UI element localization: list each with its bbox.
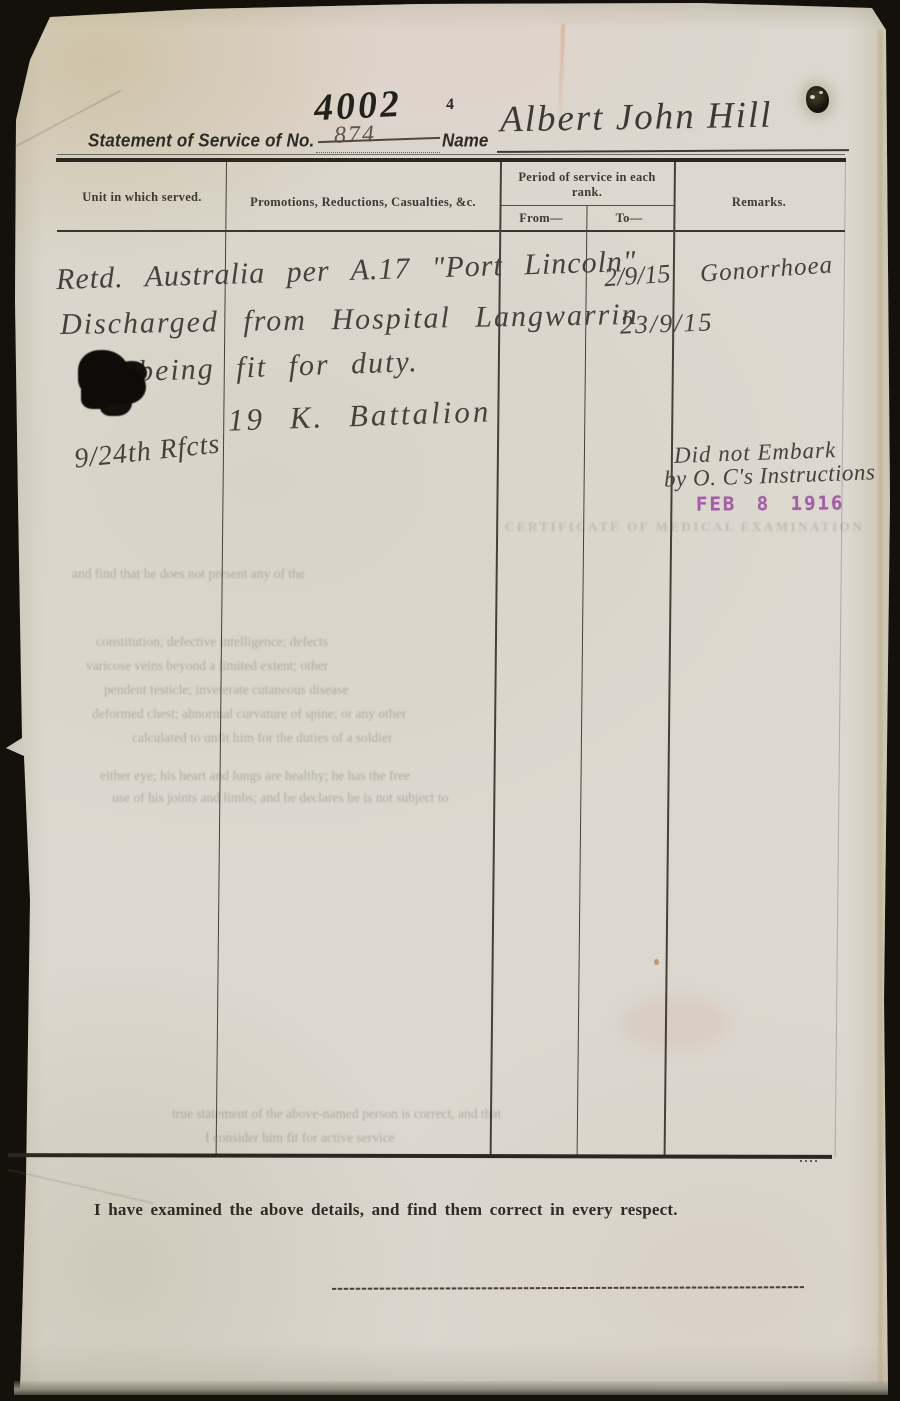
statement-of-service-label: Statement of Service of No. bbox=[88, 130, 314, 151]
number-underline bbox=[316, 152, 440, 153]
column-divider bbox=[835, 162, 847, 1157]
bottom-shadow-band bbox=[14, 1381, 888, 1395]
punch-hole bbox=[806, 86, 829, 113]
hole-speck bbox=[810, 95, 815, 99]
form-number: 4 bbox=[446, 96, 454, 114]
table-top-rule-thin bbox=[57, 154, 845, 155]
tally-dots bbox=[800, 1160, 817, 1162]
name-value-handwritten: Albert John Hill bbox=[500, 94, 773, 142]
entry-discharged-date: 23/9/15 bbox=[620, 307, 714, 340]
column-divider bbox=[577, 206, 588, 1157]
column-header-unit: Unit in which served. bbox=[57, 190, 227, 205]
name-label: Name bbox=[442, 130, 488, 151]
scanned-document-page: { "header": { "service_number_new": "400… bbox=[0, 0, 900, 1401]
column-header-remarks: Remarks. bbox=[676, 195, 842, 210]
date-stamp: FEB 8 1916 bbox=[696, 492, 845, 515]
column-header-to: To— bbox=[594, 211, 664, 226]
hole-speck bbox=[819, 91, 823, 94]
ink-blot bbox=[64, 344, 144, 414]
column-header-period: Period of service in each rank. bbox=[504, 170, 670, 200]
column-header-promotions: Promotions, Reductions, Casualties, &c. bbox=[232, 195, 494, 210]
entry-returned-date: 2/9/15 bbox=[603, 259, 671, 294]
ink-blot-core bbox=[78, 350, 130, 398]
column-header-from: From— bbox=[506, 211, 576, 226]
struck-service-number: 874 bbox=[334, 121, 377, 149]
certification-text: I have examined the above details, and f… bbox=[94, 1200, 678, 1220]
